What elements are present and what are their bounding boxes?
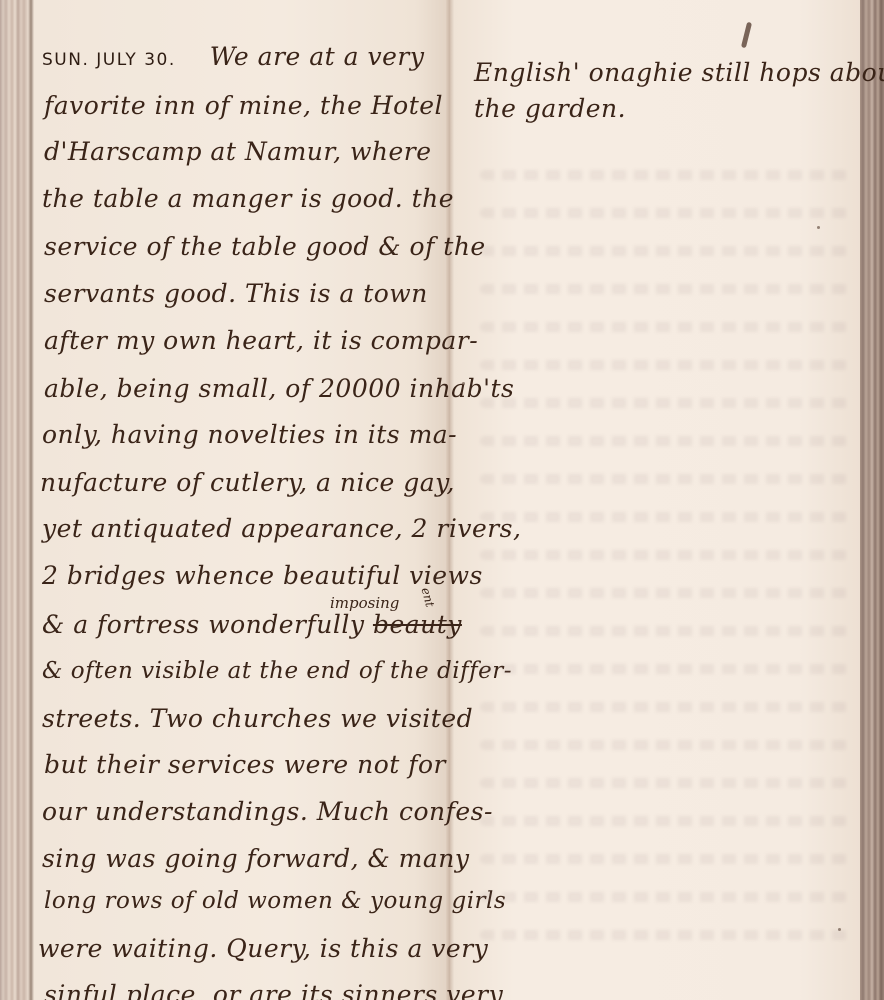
right-page [454,0,860,1000]
diary-line: able, being small, of 20000 inhab'ts [44,376,514,401]
diary-line: after my own heart, it is compar- [44,328,478,353]
line-text: We are at a very [210,42,425,71]
diary-line: sing was going forward, & many [42,846,470,871]
diary-line: English' onaghie still hops about [474,60,884,85]
entry-date: SUN. JULY 30. [42,50,176,70]
diary-line: only, having novelties in its ma- [42,422,457,447]
diary-line: 2 bridges whence beautiful views [42,563,483,588]
diary-line: & a fortress wonderfully beauty [42,612,462,637]
diary-line: & often visible at the end of the differ… [42,660,512,683]
diary-line: d'Harscamp at Namur, where [44,139,432,164]
inserted-word: imposing [330,594,399,612]
diary-line: the garden. [474,96,626,121]
left-page-edges [0,0,34,1000]
diary-line: but their services were not for [44,752,446,777]
struck-word: beauty [373,610,462,639]
diary-line: SUN. JULY 30.We are at a very [42,44,425,69]
diary-line: our understandings. Much confes- [42,799,493,824]
diary-line: servants good. This is a town [44,281,428,306]
diary-line: were waiting. Query, is this a very [38,936,488,961]
diary-line: long rows of old women & young girls [44,890,506,913]
line-text: & a fortress wonderfully [42,610,364,639]
diary-line: nufacture of cutlery, a nice gay, [40,470,455,495]
right-page-edges [860,0,884,1000]
diary-line: streets. Two churches we visited [42,706,473,731]
diary-line: sinful place, or are its sinners very [44,982,503,1000]
diary-line: the table a manger is good. the [42,186,454,211]
diary-line: favorite inn of mine, the Hotel [44,93,443,118]
notebook-spread: SUN. JULY 30.We are at a very favorite i… [0,0,884,1000]
diary-line: service of the table good & of the [44,234,486,259]
diary-line: yet antiquated appearance, 2 rivers, [42,516,521,541]
